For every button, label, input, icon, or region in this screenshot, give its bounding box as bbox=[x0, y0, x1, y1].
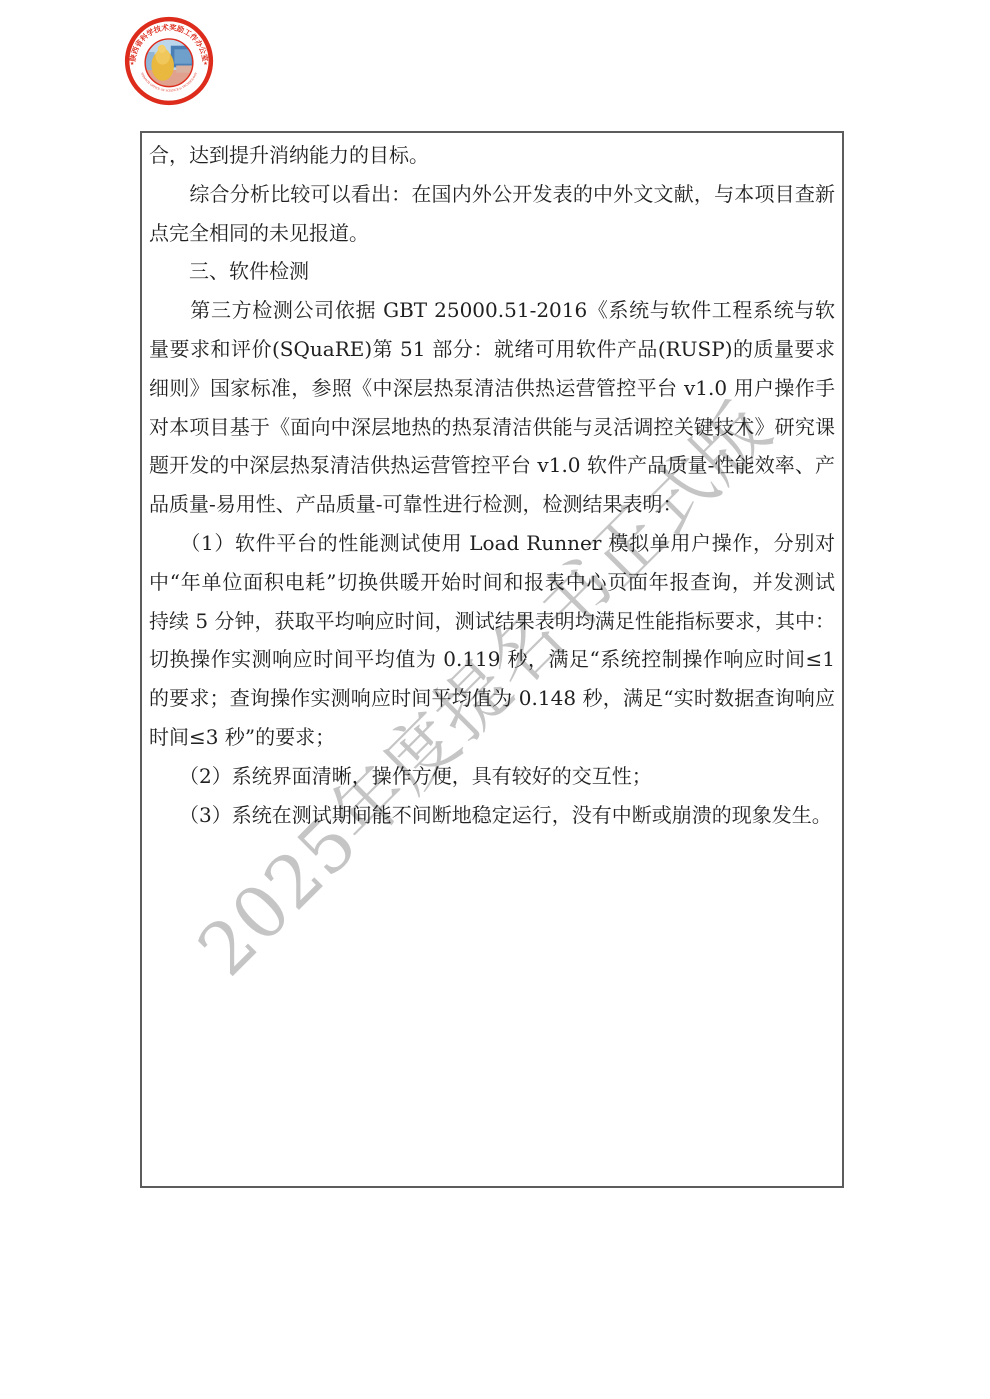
document-text: 合，达到提升消纳能力的目标。 综合分析比较可以看出：在国内外公开发表的中外文文献… bbox=[142, 133, 842, 834]
seal-left-star: ★ bbox=[130, 61, 135, 67]
text-line: （2）系统界面清晰，操作方便，具有较好的交互性； bbox=[149, 757, 835, 796]
text-line: 中“年单位面积电耗”切换供暖开始时间和报表中心页面年报查询，并发测试 bbox=[149, 563, 835, 602]
text-line: 对本项目基于《面向中深层地热的热泵清洁供能与灵活调控关键技术》研究课 bbox=[149, 408, 835, 447]
text-line: 综合分析比较可以看出：在国内外公开发表的中外文文献，与本项目查新 bbox=[149, 175, 835, 214]
text-line: 切换操作实测响应时间平均值为 0.119 秒，满足“系统控制操作响应时间≤1 秒… bbox=[149, 640, 835, 679]
text-line: 持续 5 分钟，获取平均响应时间，测试结果表明均满足性能指标要求，其中：(1) bbox=[149, 602, 835, 641]
text-line: （3）系统在测试期间能不间断地稳定运行，没有中断或崩溃的现象发生。 bbox=[149, 796, 835, 835]
seal-icon: 陕西省科学技术奖励工作办公室 SHAANXI OFFICE OF SCIENCE… bbox=[124, 16, 214, 106]
text-line: 的要求；查询操作实测响应时间平均值为 0.148 秒，满足“实时数据查询响应 bbox=[149, 679, 835, 718]
text-line: 品质量-易用性、产品质量-可靠性进行检测，检测结果表明： bbox=[149, 485, 835, 524]
text-line: 题开发的中深层热泵清洁供热运营管控平台 v1.0 软件产品质量-性能效率、产 bbox=[149, 446, 835, 485]
text-line: 细则》国家标准，参照《中深层热泵清洁供热运营管控平台 v1.0 用户操作手册》， bbox=[149, 369, 835, 408]
content-border-box: 合，达到提升消纳能力的目标。 综合分析比较可以看出：在国内外公开发表的中外文文献… bbox=[140, 131, 844, 1188]
text-line: 第三方检测公司依据 GBT 25000.51-2016《系统与软件工程系统与软件… bbox=[149, 291, 835, 330]
text-line: 时间≤3 秒”的要求； bbox=[149, 718, 835, 757]
text-line: （1）软件平台的性能测试使用 Load Runner 模拟单用户操作，分别对首页 bbox=[149, 524, 835, 563]
text-line: 合，达到提升消纳能力的目标。 bbox=[149, 136, 835, 175]
text-line: 点完全相同的未见报道。 bbox=[149, 214, 835, 253]
text-line: 三、软件检测 bbox=[149, 252, 835, 291]
text-line: 量要求和评价(SQuaRE)第 51 部分：就绪可用软件产品(RUSP)的质量要… bbox=[149, 330, 835, 369]
seal-right-star: ★ bbox=[203, 61, 208, 67]
document-page: 2025年度提名书正式版 陕西省科学技术奖励工作办公 bbox=[0, 0, 990, 1399]
official-seal: 陕西省科学技术奖励工作办公室 SHAANXI OFFICE OF SCIENCE… bbox=[124, 16, 214, 106]
